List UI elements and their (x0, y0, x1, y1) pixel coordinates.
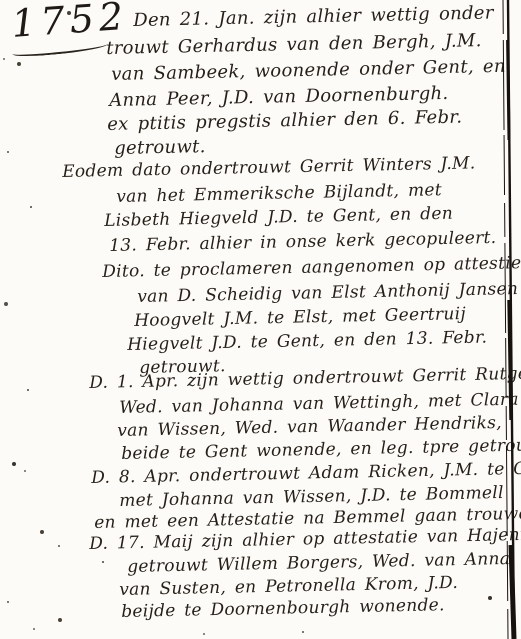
entry-2-line-4: 13. Febr. alhier in onse kerk gecopuleer… (109, 228, 497, 256)
scan-noise-speckles (0, 0, 2, 2)
entry-6-line-4: beijde te Doornenbourgh wonende. (121, 595, 445, 622)
entry-1-line-3: van Sambeek, woonende onder Gent, en (111, 56, 506, 85)
page-binding-edge (499, 0, 521, 639)
entry-3-line-4: Hiegvelt J.D. te Gent, en den 13. Febr. (127, 327, 487, 355)
entry-1-line-5: ex ptitis pregstis alhier den 6. Febr. (107, 107, 462, 135)
entry-3-line-1: Dito. te proclameren aangenomen op attes… (102, 253, 521, 282)
entry-2-line-3: Lisbeth Hiegveld J.D. te Gent, en den (104, 204, 453, 231)
entry-1-line-4: Anna Peer, J.D. van Doornenburgh. (109, 83, 449, 111)
entry-1-line-1: Den 21. Jan. zijn alhier wettig onder (133, 2, 494, 31)
manuscript-page: 1752 Den 21. Jan. zijn alhier wettig ond… (0, 0, 521, 639)
entry-2-line-2: van het Emmeriksche Bijlandt, met (116, 180, 442, 207)
entry-3-line-2: van D. Scheidig van Elst Anthonij Jansen (137, 279, 518, 307)
entry-1-line-2: trouwt Gerhardus van den Bergh, J.M. (106, 30, 482, 59)
entry-1-line-6: getrouwt. (114, 136, 206, 159)
entry-3-line-3: Hoogvelt J.M. te Elst, met Geertruij (134, 304, 466, 331)
